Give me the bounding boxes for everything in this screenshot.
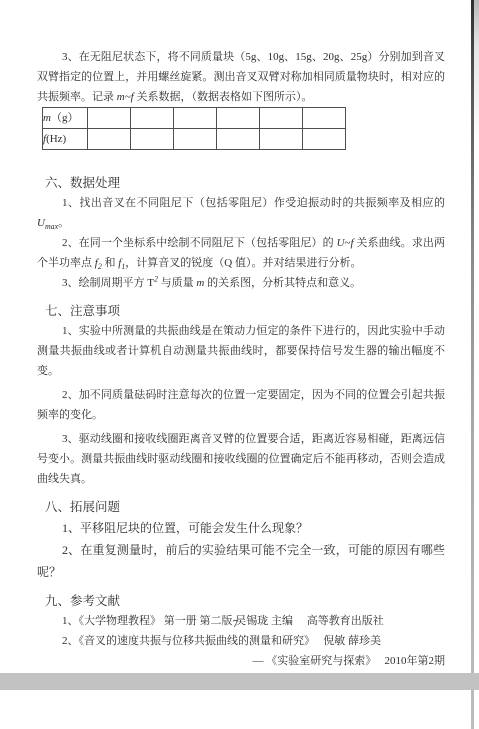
- table-empty-cell: [174, 129, 217, 150]
- page-number: 7: [0, 618, 471, 630]
- table-empty-cell: [303, 129, 346, 150]
- table-empty-cell: [131, 108, 174, 129]
- table-row-label-mass: m（g）: [43, 108, 88, 129]
- table-row: m（g）: [43, 108, 346, 129]
- reference-item: 2、《音叉的速度共振与位移共振曲线的测量和研究》 倪敏 薛珍美: [37, 631, 445, 651]
- list-item: 1、平移阻尼块的位置，可能会发生什么现象？: [37, 517, 445, 539]
- table-empty-cell: [260, 129, 303, 150]
- section-heading: 九、参考文献: [37, 591, 445, 611]
- reference-source: — 《实验室研究与探索》 2010年第2期: [37, 651, 445, 671]
- table-row-label-frequency: f(Hz): [43, 129, 88, 150]
- list-item: 3、驱动线圈和接收线圈距离音叉臂的位置要合适，距离近容易相碰，距离远信号变小。测…: [37, 429, 445, 489]
- section-data-processing: 六、数据处理 1、找出音叉在不同阻尼下（包括零阻尼）作受迫振动时的共振频率及相应…: [37, 173, 445, 293]
- document-viewer: { "intro_item": { "segments": [ {"t": "3…: [0, 0, 479, 729]
- table-empty-cell: [217, 108, 260, 129]
- list-item: 1、实验中所测量的共振曲线是在策动力恒定的条件下进行的，因此实验中手动测量共振曲…: [37, 321, 445, 381]
- list-item: 2、在重复测量时，前后的实验结果可能不完全一致，可能的原因有哪些呢？: [37, 539, 445, 583]
- page-edge-background: [474, 0, 479, 729]
- m-f-data-table: m（g） f(Hz): [42, 107, 346, 150]
- table-row: f(Hz): [43, 129, 346, 150]
- table-empty-cell: [174, 108, 217, 129]
- list-item: 2、加不同质量砝码时注意每次的位置一定要固定，因为不同的位置会引起共振频率的变化…: [37, 385, 445, 425]
- section-references: 九、参考文献 1、《大学物理教程》 第一册 第二版 吴锡珑 主编 高等教育出版社…: [37, 591, 445, 671]
- page-gap-separator: [0, 673, 479, 690]
- list-item: 2、在同一个坐标系中绘制不同阻尼下（包括零阻尼）的 U~f 关系曲线。求出两个半…: [37, 233, 445, 273]
- table-empty-cell: [217, 129, 260, 150]
- section-heading: 七、注意事项: [37, 301, 445, 321]
- table-empty-cell: [260, 108, 303, 129]
- list-item: 1、找出音叉在不同阻尼下（包括零阻尼）作受迫振动时的共振频率及相应的 Umax。: [37, 193, 445, 233]
- next-page-top: [0, 690, 471, 729]
- table-empty-cell: [303, 108, 346, 129]
- table-empty-cell: [131, 129, 174, 150]
- page-edge-shadow: [471, 0, 474, 729]
- section-heading: 八、拓展问题: [37, 497, 445, 517]
- section-precautions: 七、注意事项 1、实验中所测量的共振曲线是在策动力恒定的条件下进行的，因此实验中…: [37, 301, 445, 489]
- list-item: 3、绘制周期平方 T2 与质量 m 的关系图，分析其特点和意义。: [37, 273, 445, 293]
- section-heading: 六、数据处理: [37, 173, 445, 193]
- intro-paragraph: 3、在无阻尼状态下，将不同质量块（5g、10g、15g、20g、25g）分别加到…: [37, 47, 445, 107]
- section-extended-questions: 八、拓展问题 1、平移阻尼块的位置，可能会发生什么现象？ 2、在重复测量时，前后…: [37, 497, 445, 583]
- page-content: 3、在无阻尼状态下，将不同质量块（5g、10g、15g、20g、25g）分别加到…: [0, 0, 471, 671]
- table-empty-cell: [88, 108, 131, 129]
- document-page: 3、在无阻尼状态下，将不同质量块（5g、10g、15g、20g、25g）分别加到…: [0, 0, 471, 673]
- table-empty-cell: [88, 129, 131, 150]
